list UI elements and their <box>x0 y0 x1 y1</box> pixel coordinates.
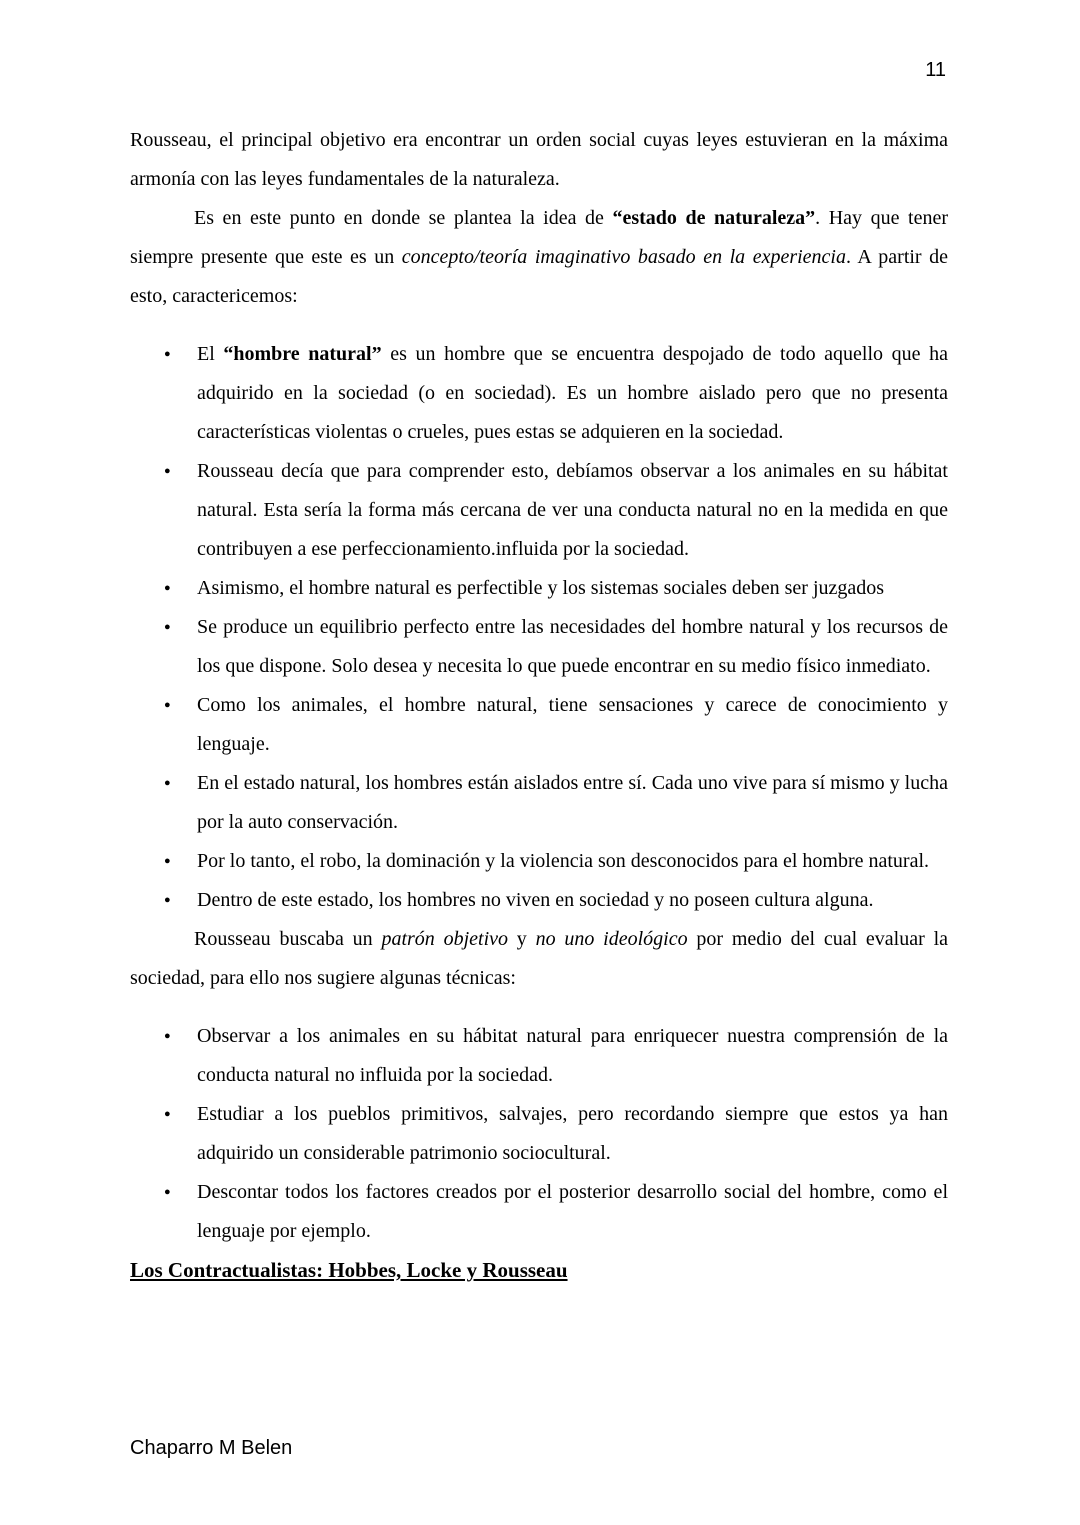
bullet-item: ●En el estado natural, los hombres están… <box>130 764 948 842</box>
page-number: 11 <box>925 58 946 82</box>
bullet-list: ●El “hombre natural” es un hombre que se… <box>130 335 948 920</box>
bullet-marker-icon: ● <box>164 1173 171 1212</box>
paragraph: Rousseau buscaba un patrón objetivo y no… <box>130 920 948 998</box>
text-run: Estudiar a los pueblos primitivos, salva… <box>197 1103 948 1164</box>
bullet-marker-icon: ● <box>164 686 171 725</box>
bullet-marker-icon: ● <box>164 1095 171 1134</box>
bullet-item: ●El “hombre natural” es un hombre que se… <box>130 335 948 452</box>
bullet-item: ●Dentro de este estado, los hombres no v… <box>130 881 948 920</box>
text-run: Los Contractualistas: Hobbes, Locke y Ro… <box>130 1258 568 1282</box>
text-run: “hombre natural” <box>223 343 381 365</box>
bullet-item: ●Se produce un equilibrio perfecto entre… <box>130 608 948 686</box>
text-run: “estado de naturaleza” <box>612 207 815 229</box>
section-heading: Los Contractualistas: Hobbes, Locke y Ro… <box>130 1251 948 1290</box>
bullet-item: ●Como los animales, el hombre natural, t… <box>130 686 948 764</box>
text-run: Es en este punto en donde se plantea la … <box>194 207 612 229</box>
text-run: Asimismo, el hombre natural es perfectib… <box>197 577 884 599</box>
bullet-marker-icon: ● <box>164 335 171 374</box>
text-run: Rousseau buscaba un <box>194 928 381 950</box>
text-run: patrón objetivo <box>381 928 508 950</box>
bullet-marker-icon: ● <box>164 1017 171 1056</box>
text-run: Rousseau, el principal objetivo era enco… <box>130 129 948 190</box>
bullet-marker-icon: ● <box>164 608 171 647</box>
bullet-marker-icon: ● <box>164 452 171 491</box>
bullet-item: ●Por lo tanto, el robo, la dominación y … <box>130 842 948 881</box>
text-run: En el estado natural, los hombres están … <box>197 772 948 833</box>
paragraph: Rousseau, el principal objetivo era enco… <box>130 121 948 199</box>
text-run: Como los animales, el hombre natural, ti… <box>197 694 948 755</box>
bullet-marker-icon: ● <box>164 881 171 920</box>
bullet-item: ●Descontar todos los factores creados po… <box>130 1173 948 1251</box>
bullet-marker-icon: ● <box>164 764 171 803</box>
text-run: concepto/teoría imaginativo basado en la… <box>402 246 846 268</box>
paragraph: Es en este punto en donde se plantea la … <box>130 199 948 316</box>
text-run: y <box>508 928 536 950</box>
text-run: no uno ideológico <box>536 928 688 950</box>
bullet-item: ●Rousseau decía que para comprender esto… <box>130 452 948 569</box>
bullet-item: ●Estudiar a los pueblos primitivos, salv… <box>130 1095 948 1173</box>
footer-author: Chaparro M Belen <box>130 1436 292 1460</box>
bullet-marker-icon: ● <box>164 569 171 608</box>
bullet-item: ●Asimismo, el hombre natural es perfecti… <box>130 569 948 608</box>
text-run: Descontar todos los factores creados por… <box>197 1181 948 1242</box>
document-body: Rousseau, el principal objetivo era enco… <box>130 121 948 1290</box>
text-run: Por lo tanto, el robo, la dominación y l… <box>197 850 929 872</box>
text-run: Dentro de este estado, los hombres no vi… <box>197 889 873 911</box>
text-run: Rousseau decía que para comprender esto,… <box>197 460 948 560</box>
document-page: 11 Rousseau, el principal objetivo era e… <box>0 0 1080 1525</box>
bullet-list: ●Observar a los animales en su hábitat n… <box>130 1017 948 1251</box>
text-run: El <box>197 343 223 365</box>
text-run: Observar a los animales en su hábitat na… <box>197 1025 948 1086</box>
text-run: Se produce un equilibrio perfecto entre … <box>197 616 948 677</box>
bullet-item: ●Observar a los animales en su hábitat n… <box>130 1017 948 1095</box>
bullet-marker-icon: ● <box>164 842 171 881</box>
